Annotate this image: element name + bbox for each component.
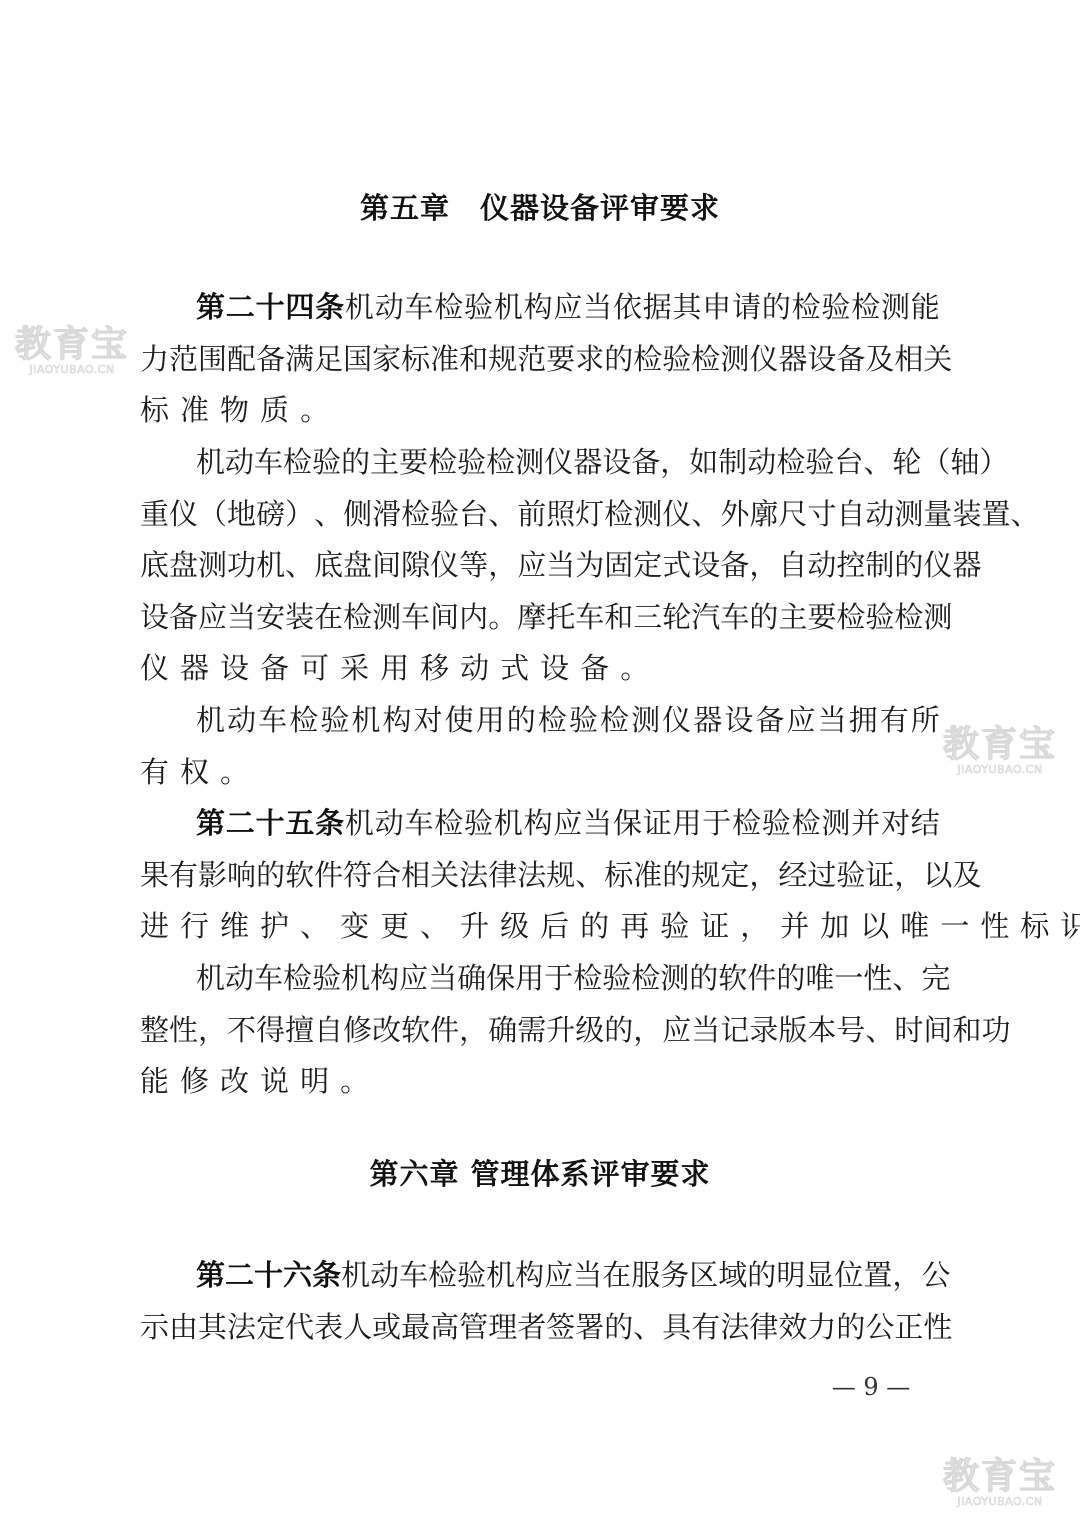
watermark-text-cn: 教育宝 bbox=[930, 1458, 1070, 1496]
article-number-char: 六 bbox=[283, 1255, 312, 1295]
article-number-char: 二 bbox=[226, 803, 255, 843]
article-number-char: 第 bbox=[196, 287, 225, 327]
watermark-text-en: JIAOYUBAO.CN bbox=[930, 764, 1070, 776]
watermark-logo-icon: 教育宝 JIAOYUBAO.CN bbox=[930, 1458, 1070, 1508]
paragraph-line: 机动车检验机构对使用的检验检测仪器设备应当拥有所 bbox=[196, 700, 940, 740]
chapter-6-heading: 第六章 管理体系评审要求 bbox=[0, 1152, 1080, 1193]
article-number-char: 第 bbox=[196, 1255, 225, 1295]
chapter-5-heading: 第五章 仪器设备评审要求 bbox=[0, 186, 1080, 227]
paragraph-line: 机动车检验的主要检验检测仪器设备，如制动检验台、轮（轴） bbox=[196, 442, 940, 482]
article-number-char: 第 bbox=[196, 803, 225, 843]
article-number-char: 四 bbox=[285, 287, 314, 327]
article-number-char: 十 bbox=[256, 803, 285, 843]
paragraph-line: 整性，不得擅自修改软件，确需升级的，应当记录版本号、时间和功 bbox=[140, 1010, 940, 1050]
article-line: 第二十六条机动车检验机构应当在服务区域的明显位置，公 bbox=[196, 1255, 940, 1295]
article-number-char: 十 bbox=[256, 287, 285, 327]
article-number-char: 十 bbox=[254, 1255, 283, 1295]
paragraph-line: 标准物质。 bbox=[140, 390, 940, 430]
paragraph-line: 仪器设备可采用移动式设备。 bbox=[140, 648, 940, 688]
article-line: 第二十五条机动车检验机构应当保证用于检验检测并对结 bbox=[196, 803, 940, 843]
paragraph-line: 机动车检验机构应当确保用于检验检测的软件的唯一性、完 bbox=[196, 958, 940, 998]
watermark-text-en: JIAOYUBAO.CN bbox=[930, 1496, 1070, 1508]
paragraph-line: 进行维护、变更、升级后的再验证，并加以唯一性标识。 bbox=[140, 906, 940, 946]
paragraph-line: 力范围配备满足国家标准和规范要求的检验检测仪器设备及相关 bbox=[140, 339, 940, 379]
watermark-logo-icon: 教育宝 JIAOYUBAO.CN bbox=[2, 326, 142, 376]
paragraph-line: 有权。 bbox=[140, 752, 940, 792]
paragraph-line: 设备应当安装在检测车间内。摩托车和三轮汽车的主要检验检测 bbox=[140, 597, 940, 637]
article-number-char: 二 bbox=[225, 1255, 254, 1295]
article-number-char: 二 bbox=[226, 287, 255, 327]
paragraph-line: 示由其法定代表人或最高管理者签署的、具有法律效力的公正性 bbox=[140, 1307, 940, 1347]
article-number-char: 条 bbox=[312, 1255, 341, 1295]
article-number-char: 条 bbox=[315, 803, 344, 843]
watermark-text-cn: 教育宝 bbox=[930, 726, 1070, 764]
watermark-logo-icon: 教育宝 JIAOYUBAO.CN bbox=[930, 726, 1070, 776]
paragraph-line: 能修改说明。 bbox=[140, 1061, 940, 1101]
article-number-char: 条 bbox=[315, 287, 344, 327]
page-number: — 9 — bbox=[826, 1373, 916, 1401]
document-page: 第五章 仪器设备评审要求 第二十四条机动车检验机构应当依据其申请的检验检测能力范… bbox=[0, 0, 1080, 1527]
paragraph-line: 重仪（地磅）、侧滑检验台、前照灯检测仪、外廓尺寸自动测量装置、 bbox=[140, 494, 940, 534]
watermark-text-cn: 教育宝 bbox=[2, 326, 142, 364]
watermark-text-en: JIAOYUBAO.CN bbox=[2, 364, 142, 376]
paragraph-line: 果有影响的软件符合相关法律法规、标准的规定，经过验证，以及 bbox=[140, 855, 940, 895]
paragraph-line: 底盘测功机、底盘间隙仪等，应当为固定式设备，自动控制的仪器 bbox=[140, 545, 940, 585]
article-line: 第二十四条机动车检验机构应当依据其申请的检验检测能 bbox=[196, 287, 940, 327]
article-number-char: 五 bbox=[285, 803, 314, 843]
